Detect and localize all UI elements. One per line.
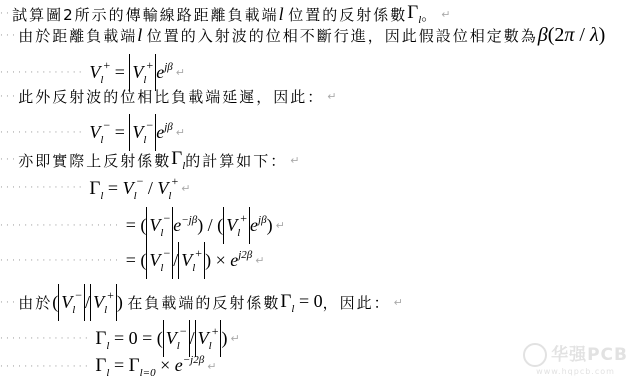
intro-text-2: 位置的反射係數 <box>288 4 407 25</box>
watermark-logo-icon <box>523 343 547 367</box>
leading-dots: ··· <box>0 31 18 41</box>
var-l: l <box>279 4 284 24</box>
paragraph-mark-icon: ↵ <box>276 219 285 232</box>
doc-line-phase: ··· 由於距離負載端 l 位置的入射波的位相不斷行進，因此假設位相定數為 β(… <box>0 24 605 47</box>
paragraph-mark-icon: ↵ <box>255 254 264 267</box>
leading-dots: ··· <box>0 155 18 165</box>
doc-line-reflected: ··· 此外反射波的位相比負載端延遲，因此： ↵ <box>0 86 336 107</box>
intro-tail: 。 <box>421 4 438 25</box>
paragraph-mark-icon: ↵ <box>441 8 450 21</box>
since-text: 由於 <box>18 292 52 313</box>
phase-constant-formula: β(2π / λ) <box>538 24 606 47</box>
watermark: 华强PCB www.hqpcb.com <box>523 340 628 376</box>
intro-text: 試算圖2所示的傳輸線路距離負載端 <box>12 4 279 25</box>
leading-dots: ·············· <box>0 68 85 78</box>
doc-line-eq-gamma2: ···················· = (Vl−e−jβ) / (Vl+e… <box>0 207 285 244</box>
paragraph-mark-icon: ↵ <box>176 126 185 139</box>
watermark-url: www.hqpcb.com <box>523 367 628 376</box>
leading-dots: ·· <box>0 9 12 19</box>
equation-gamma-final: Γl = Γl=0 × e−j2β <box>91 354 204 379</box>
paragraph-mark-icon: ↵ <box>230 332 239 345</box>
actual-text: 亦即實際上反射係數 <box>18 150 171 171</box>
doc-line-eq-vminus: ·············· Vl− = Vl−ejβ ↵ <box>0 114 185 151</box>
since-tail: ，因此： <box>323 292 391 313</box>
doc-line-eq-gamma3: ···················· = (Vl−/Vl+) × ej2β … <box>0 242 265 279</box>
leading-dots: ··· <box>0 92 18 102</box>
gamma-zero: Γl = 0 <box>280 291 322 315</box>
doc-line-actual: ··· 亦即實際上反射係數 Γl 的計算如下： ↵ <box>0 148 299 172</box>
leading-dots: ··············· <box>0 334 91 344</box>
equation-vminus: Vl− = Vl−ejβ <box>85 114 173 151</box>
doc-line-intro: ·· 試算圖2所示的傳輸線路距離負載端 l 位置的反射係數 Γl 。 ↵ <box>0 2 450 26</box>
equation-gamma-expanded: = (Vl−e−jβ) / (Vl+ejβ) <box>121 207 272 244</box>
leading-dots: ·············· <box>0 128 85 138</box>
paragraph-mark-icon: ↵ <box>394 296 403 309</box>
doc-line-since: ··· 由於 (Vl−/Vl+) 在負載端的反射係數 Γl = 0 ，因此： ↵ <box>0 284 403 321</box>
doc-line-eq-gamma5: ··············· Γl = Γl=0 × e−j2β ↵ <box>0 354 216 379</box>
paragraph-mark-icon: ↵ <box>181 182 190 195</box>
phase-text-2: 位置的入射波的位相不斷行進，因此假設位相定數為 <box>147 25 538 46</box>
paragraph-mark-icon: ↵ <box>327 90 336 103</box>
paragraph-mark-icon: ↵ <box>176 66 185 79</box>
leading-dots: ··· <box>0 298 18 308</box>
gamma-symbol: Γl <box>171 148 185 172</box>
watermark-name: 华强PCB <box>551 345 628 365</box>
magnitude-ratio: (Vl−/Vl+) <box>52 284 127 321</box>
paragraph-mark-icon: ↵ <box>290 154 299 167</box>
equation-gamma-zero: Γl = 0 = (Vl−/Vl+) <box>91 320 228 357</box>
doc-line-eq-gamma1: ·············· Γl = Vl− / Vl+ ↵ <box>0 174 190 202</box>
paragraph-mark-icon: ↵ <box>207 360 216 373</box>
leading-dots: ···················· <box>0 221 121 231</box>
equation-gamma-ratio: Γl = Vl− / Vl+ <box>85 174 178 202</box>
since-text-2: 在負載端的反射係數 <box>127 292 280 313</box>
leading-dots: ·············· <box>0 183 85 193</box>
phase-text: 由於距離負載端 <box>18 25 137 46</box>
doc-line-eq-gamma4: ··············· Γl = 0 = (Vl−/Vl+) ↵ <box>0 320 240 357</box>
reflected-text: 此外反射波的位相比負載端延遲，因此： <box>18 86 324 107</box>
leading-dots: ···················· <box>0 256 121 266</box>
leading-dots: ··············· <box>0 362 91 372</box>
equation-gamma-magnitude: = (Vl−/Vl+) × ej2β <box>121 242 252 279</box>
gamma-symbol: Γl <box>407 2 421 26</box>
actual-text-2: 的計算如下： <box>185 150 287 171</box>
var-l: l <box>137 25 142 45</box>
